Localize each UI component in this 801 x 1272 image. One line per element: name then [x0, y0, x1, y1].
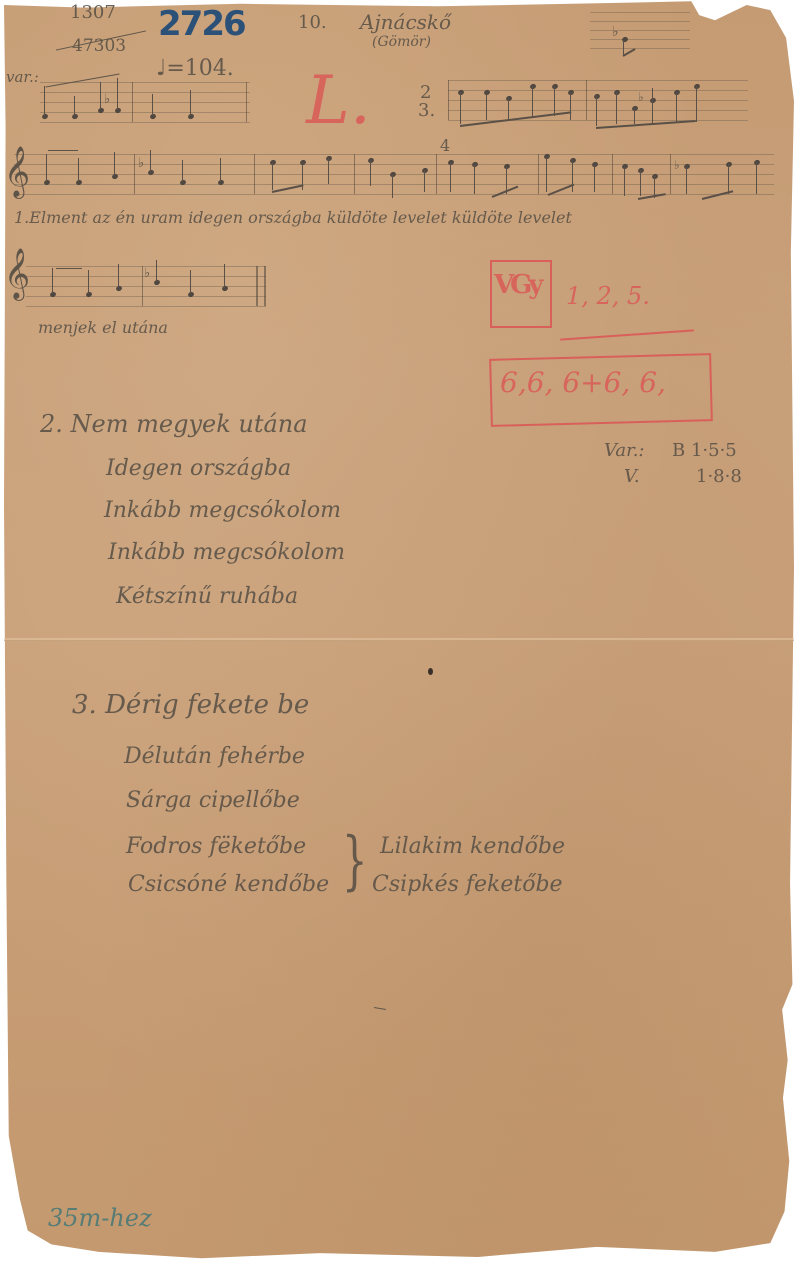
red-numbers: 1, 2, 5.	[566, 282, 650, 310]
tempo-marking: ♩=104.	[156, 56, 234, 81]
flat-sign: ♭	[612, 24, 619, 40]
staff-melody-2: ♭	[26, 266, 266, 306]
paper-fold-crease	[4, 638, 794, 641]
verse-3-line-1: 3. Dérig fekete be	[72, 690, 309, 720]
archive-number: 2726	[158, 4, 245, 44]
verse-3-alternate-2: Csipkés feketőbe	[372, 872, 563, 897]
verse-2-line-4: Inkább megcsókolom	[108, 540, 345, 565]
tie-mark	[48, 150, 78, 151]
tie-mark	[56, 268, 82, 269]
song-number: 10.	[298, 12, 327, 33]
variant-label: var.:	[6, 68, 39, 86]
staff-variant-right: ♭	[448, 80, 748, 120]
red-monogram: VGy	[494, 270, 539, 300]
variant-number-3: 3.	[418, 100, 435, 121]
collection-region: (Gömör)	[372, 34, 431, 50]
verse-1-lyrics: 1.Elment az én uram idegen országba küld…	[14, 208, 572, 227]
staff-variant-left: ♭	[40, 82, 250, 122]
verse-2-line-1: 2. Nem megyek utána	[40, 410, 308, 438]
var-value-1: B 1·5·5	[672, 440, 737, 461]
var-label-2: V.	[624, 466, 640, 487]
brace-icon: }	[342, 824, 367, 898]
variant-number-4: 4	[440, 136, 450, 155]
red-boxed-numbers: 6,6, 6+6, 6,	[500, 366, 666, 399]
ink-spot	[428, 668, 433, 675]
catalog-number-bottom: 47303	[72, 36, 126, 56]
verse-2-line-5: Kétszínű ruhába	[116, 584, 298, 609]
manuscript-page: 1307 47303 2726 ♩=104. 10. Ajnácskő (Göm…	[0, 0, 801, 1272]
verse-3-line-3: Sárga cipellőbe	[126, 788, 300, 813]
catalog-number-top: 1307	[70, 2, 116, 23]
verse-2-line-3: Inkább megcsókolom	[104, 498, 341, 523]
var-label-1: Var.:	[604, 440, 645, 461]
verse-2-line-2: Idegen országba	[106, 456, 291, 481]
verse-3-line-5: Csicsóné kendőbe	[128, 872, 329, 897]
final-staff-lyrics: menjek el utána	[38, 318, 168, 337]
staff-melody-1: ♭ ♭	[14, 154, 774, 194]
verse-3-line-2: Délután fehérbe	[124, 744, 305, 769]
verse-3-alternate-1: Lilakim kendőbe	[380, 834, 565, 859]
footer-note: 35m-hez	[48, 1204, 152, 1232]
verse-3-line-4: Fodros fëketőbe	[126, 834, 306, 859]
var-value-2: 1·8·8	[696, 466, 742, 487]
collection-place: Ajnácskő	[360, 10, 451, 34]
staff-fragment-top-right: ♭	[590, 12, 690, 52]
red-letter-mark: L.	[306, 62, 371, 139]
